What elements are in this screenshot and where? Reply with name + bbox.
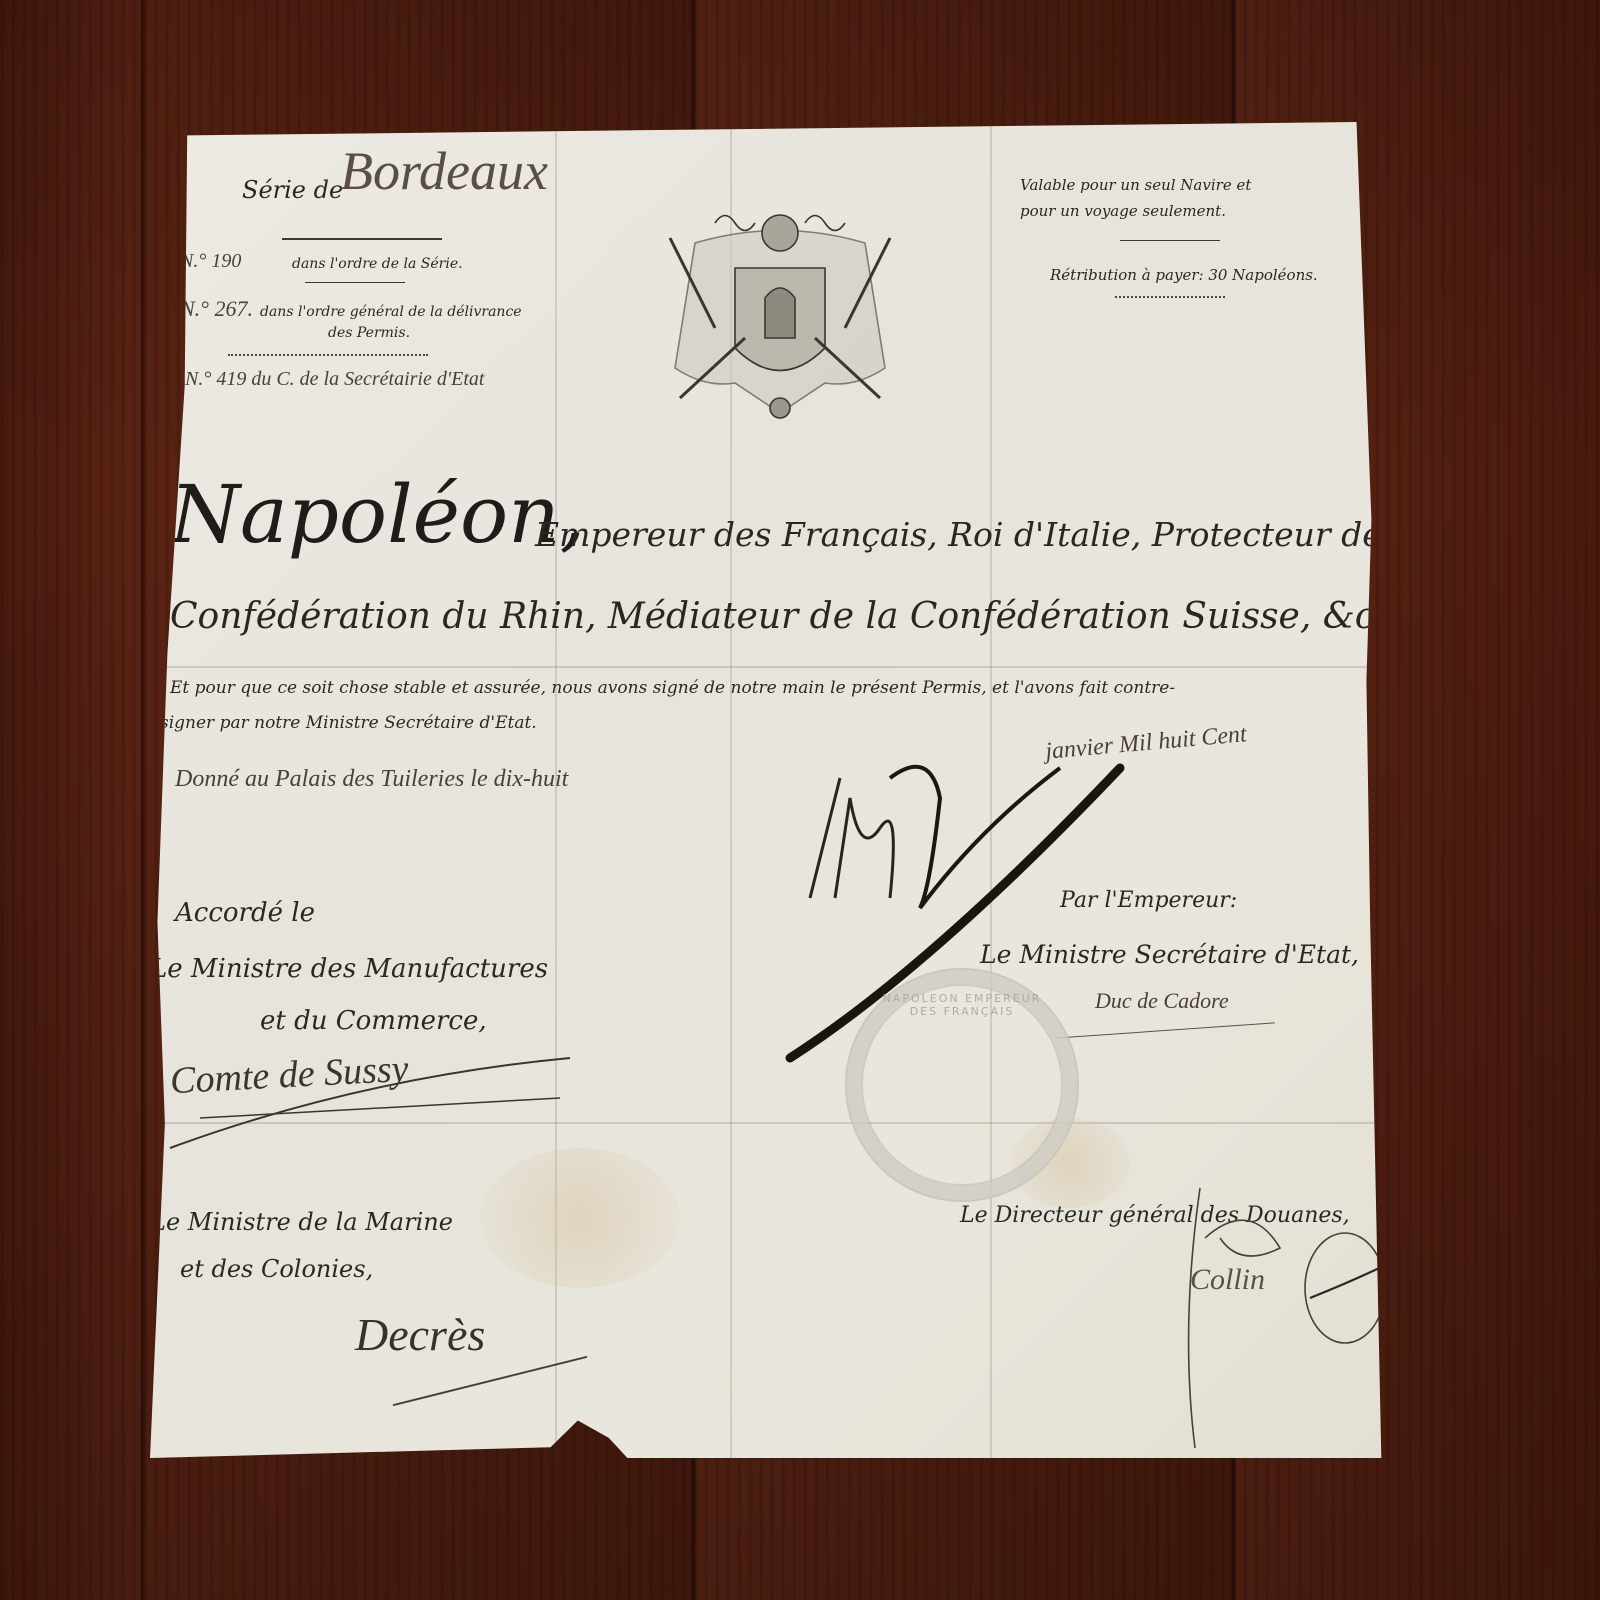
signature-underline [393, 1356, 588, 1406]
body-line-1: Et pour que ce soit chose stable et assu… [170, 678, 1175, 698]
accorde-label: Accordé le [175, 898, 315, 928]
secretaire-signature: Duc de Cadore [1095, 988, 1229, 1014]
series-label: Série de [242, 176, 343, 204]
wavy-divider [1115, 290, 1225, 298]
imperial-coat-of-arms-icon [655, 198, 905, 428]
body-line-2: signer par notre Ministre Secrétaire d'E… [160, 713, 537, 733]
validity-line-1: Valable pour un seul Navire et [1020, 176, 1251, 194]
series-number: N.° 190 [180, 250, 241, 273]
douanes-flourish [1160, 1178, 1400, 1448]
signature-flourish [160, 1038, 580, 1158]
registry-note: N.° 419 du C. de la Secrétairie d'Etat [185, 368, 484, 391]
series-name: Bordeaux [340, 140, 548, 202]
validity-line-2: pour un voyage seulement. [1020, 202, 1226, 220]
title-line-2: Confédération du Rhin, Médiateur de la C… [170, 596, 1461, 637]
seal-text: NAPOLEON EMPEREUR DES FRANÇAIS [877, 992, 1047, 1018]
embossed-seal: NAPOLEON EMPEREUR DES FRANÇAIS [845, 968, 1079, 1202]
fee-text: Rétribution à payer: 30 Napoléons. [1050, 266, 1318, 284]
given-at-palace: Donné au Palais des Tuileries le dix-hui… [175, 766, 568, 793]
divider [305, 282, 405, 283]
marine-title: Le Ministre de la Marine [150, 1208, 453, 1236]
permit-document: Série de Bordeaux N.° 190 dans l'ordre d… [150, 118, 1390, 1458]
manufactures-title: Le Ministre des Manufactures [150, 954, 548, 984]
fold-line [150, 666, 1390, 668]
wavy-divider [228, 348, 428, 356]
stain [480, 1148, 680, 1288]
svg-text:Nap: Nap [780, 738, 782, 739]
divider [1120, 240, 1220, 241]
title-napoleon: Napoléon, [170, 468, 585, 561]
colonies-title: et des Colonies, [180, 1255, 373, 1283]
marine-signature: Decrès [355, 1308, 485, 1361]
series-number-label: dans l'ordre de la Série. [292, 256, 463, 272]
general-number: N.° 267. [180, 296, 253, 322]
secretaire-title: Le Ministre Secrétaire d'Etat, [980, 940, 1359, 969]
general-number-label: dans l'ordre général de la délivrance [260, 304, 522, 320]
date-year: treize [1370, 740, 1396, 755]
commerce-title: et du Commerce, [260, 1006, 487, 1036]
par-empereur-label: Par l'Empereur: [1060, 888, 1237, 913]
title-line-1: Empereur des Français, Roi d'Italie, Pro… [535, 515, 1423, 554]
divider [282, 238, 442, 240]
general-number-label-2: des Permis. [328, 325, 410, 341]
